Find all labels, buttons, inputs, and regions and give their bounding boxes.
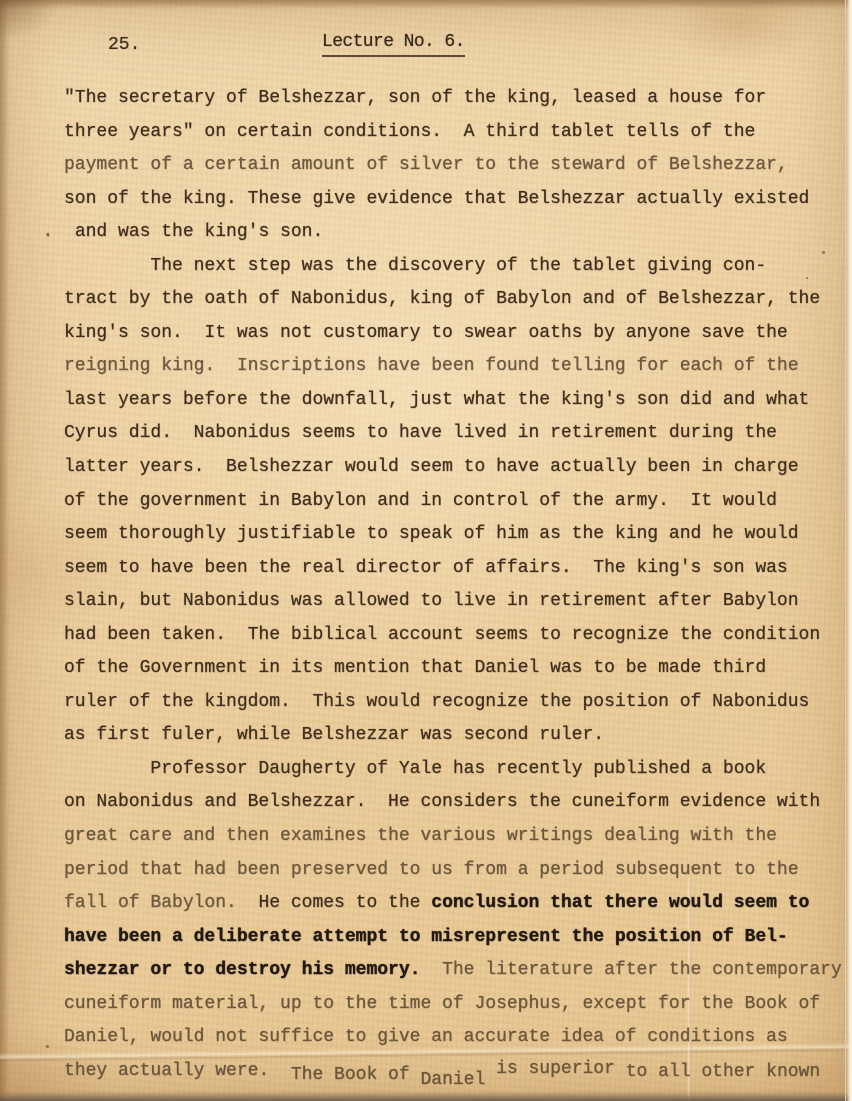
bold-text-segment: have been a deliberate attempt to misrep… — [64, 927, 788, 947]
scanned-document-page: 25. Lecture No. 6. "The secretary of Bel… — [0, 0, 852, 1101]
text-segment: ruler of the kingdom. This would recogni… — [64, 692, 809, 712]
text-segment: seem thoroughly justifiable to speak of … — [64, 524, 799, 544]
text-segment: and was the king's son. — [75, 222, 323, 242]
text-line: slain, but Nabonidus was allowed to live… — [64, 585, 852, 619]
document-body: "The secretary of Belshezzar, son of the… — [64, 82, 852, 1088]
text-segment: on Nabonidus and Belshezzar. He consider… — [64, 792, 820, 812]
page-number: 25. — [108, 35, 140, 55]
text-segment: king's son. It was not customary to swea… — [64, 323, 788, 343]
paper-speck — [46, 1045, 49, 1048]
text-segment: seem to have been the real director of a… — [64, 558, 788, 578]
text-segment: son of the king. These give evidence tha… — [64, 189, 809, 209]
text-segment: latter years. Belshezzar would seem to h… — [64, 457, 799, 477]
text-line: seem to have been the real director of a… — [64, 552, 852, 586]
text-segment: . — [42, 222, 74, 242]
text-segment: great care and then examines the various… — [64, 826, 777, 846]
text-line: payment of a certain amount of silver to… — [64, 149, 852, 183]
text-line: had been taken. The biblical account see… — [64, 619, 852, 653]
text-line: . and was the king's son. — [42, 216, 852, 250]
text-line: son of the king. These give evidence tha… — [64, 183, 852, 217]
text-line: three years" on certain conditions. A th… — [64, 116, 852, 150]
text-line: ruler of the kingdom. This would recogni… — [64, 686, 852, 720]
text-segment: period that had been preserved to us fro… — [64, 860, 799, 880]
text-segment: The literature after the contemporary — [420, 960, 841, 980]
text-segment: of the government in Babylon and in cont… — [64, 491, 777, 511]
text-segment: The Book of — [291, 1059, 421, 1093]
text-segment: tract by the oath of Nabonidus, king of … — [64, 289, 820, 309]
text-line: latter years. Belshezzar would seem to h… — [64, 451, 852, 485]
text-segment: Professor Daugherty of Yale has recently… — [64, 759, 766, 779]
text-line: last years before the downfall, just wha… — [64, 384, 852, 418]
text-line: as first fuler, while Belshezzar was sec… — [64, 719, 852, 753]
text-line: "The secretary of Belshezzar, son of the… — [64, 82, 852, 116]
paper-top-left-corner-stain — [0, 0, 70, 55]
bold-text-segment: shezzar or to destroy his memory. — [64, 960, 420, 980]
text-segment: is superior — [496, 1053, 626, 1087]
text-segment: as first fuler, while Belshezzar was sec… — [64, 725, 604, 745]
text-segment: slain, but Nabonidus was allowed to live… — [64, 591, 799, 611]
text-segment: three years" on certain conditions. A th… — [64, 122, 755, 142]
text-line: cuneiform material, up to the time of Jo… — [64, 988, 852, 1022]
text-segment: to all other known — [626, 1056, 820, 1090]
paper-top-edge-shadow — [0, 0, 852, 9]
text-segment: Daniel, would not suffice to give an acc… — [64, 1027, 788, 1047]
text-segment: last years before the downfall, just wha… — [64, 390, 809, 410]
text-line: of the Government in its mention that Da… — [64, 652, 852, 686]
text-segment: reigning king. Inscriptions have been fo… — [64, 356, 799, 376]
text-line: have been a deliberate attempt to misrep… — [64, 921, 852, 955]
text-line: they actually were. The Book of Daniel i… — [64, 1055, 852, 1089]
text-line: of the government in Babylon and in cont… — [64, 485, 852, 519]
paper-left-edge-shadow — [0, 0, 9, 1101]
text-segment: payment of a certain amount of silver to… — [64, 155, 788, 175]
lecture-title: Lecture No. 6. — [322, 32, 465, 57]
text-line: reigning king. Inscriptions have been fo… — [64, 350, 852, 384]
text-segment: they actually were. — [64, 1061, 291, 1081]
text-segment: cuneiform material, up to the time of Jo… — [64, 994, 820, 1014]
text-segment: He comes to the — [258, 893, 431, 913]
text-line: fall of Babylon. He comes to the conclus… — [64, 887, 852, 921]
text-line: great care and then examines the various… — [64, 820, 852, 854]
text-line: Daniel, would not suffice to give an acc… — [64, 1021, 852, 1055]
text-line: on Nabonidus and Belshezzar. He consider… — [64, 786, 852, 820]
text-segment: "The secretary of Belshezzar, son of the… — [64, 88, 766, 108]
text-segment: of the Government in its mention that Da… — [64, 658, 766, 678]
text-line: Professor Daugherty of Yale has recently… — [64, 753, 852, 787]
text-line: Cyrus did. Nabonidus seems to have lived… — [64, 417, 852, 451]
text-line: king's son. It was not customary to swea… — [64, 317, 852, 351]
text-line: The next step was the discovery of the t… — [64, 250, 852, 284]
text-segment: The next step was the discovery of the t… — [64, 256, 766, 276]
text-segment: Daniel — [420, 1064, 496, 1098]
text-line: seem thoroughly justifiable to speak of … — [64, 518, 852, 552]
bold-text-segment: conclusion that there would seem to — [431, 893, 809, 913]
text-line: period that had been preserved to us fro… — [64, 854, 852, 888]
text-line: shezzar or to destroy his memory. The li… — [64, 954, 852, 988]
text-segment: had been taken. The biblical account see… — [64, 625, 820, 645]
text-segment: Cyrus did. Nabonidus seems to have lived… — [64, 423, 777, 443]
text-line: tract by the oath of Nabonidus, king of … — [64, 283, 852, 317]
text-segment: fall of Babylon. — [64, 893, 258, 913]
